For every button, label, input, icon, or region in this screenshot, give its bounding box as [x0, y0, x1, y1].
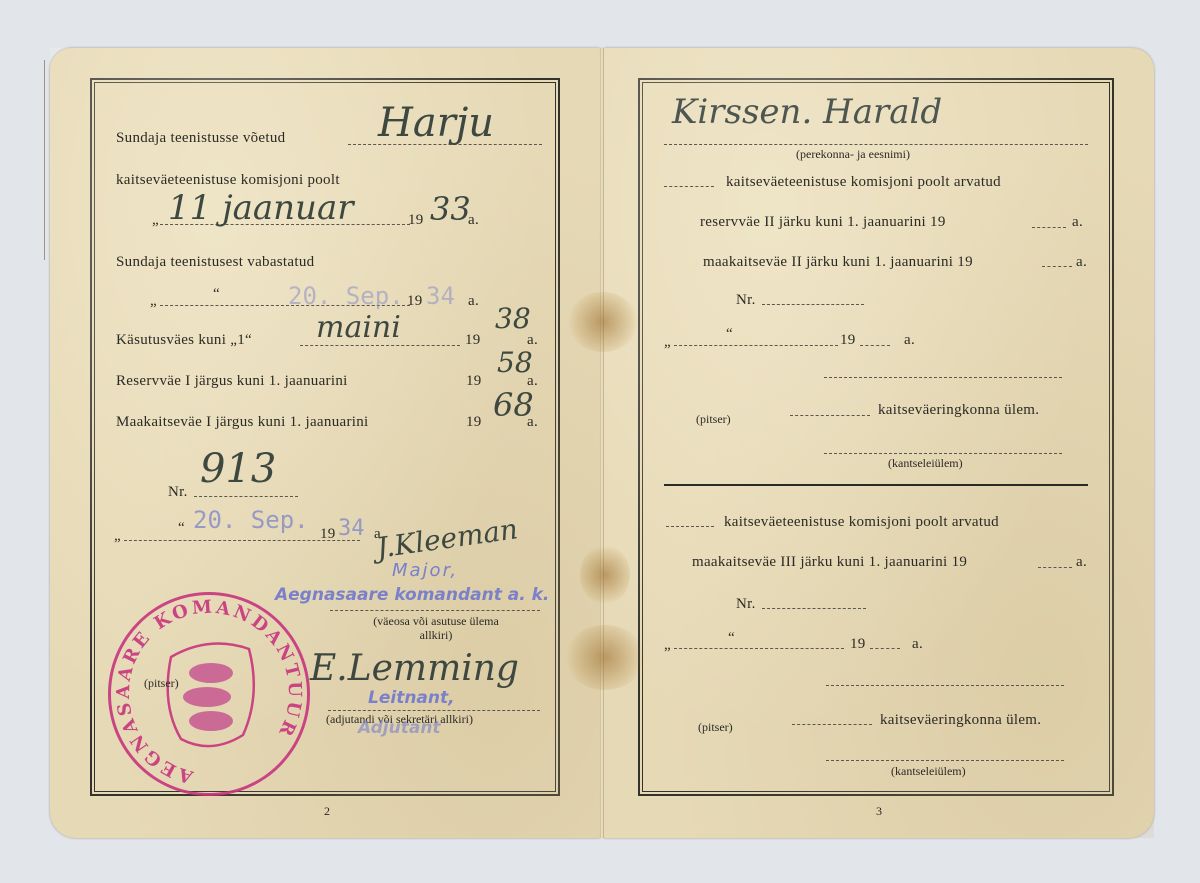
- nr-label: Nr.: [168, 484, 188, 501]
- open-quote: „: [152, 212, 159, 229]
- adjutant-signature-line: [328, 710, 540, 711]
- close-quote: “: [178, 520, 185, 537]
- s1-line1: kaitseväeteenistuse komisjoni poolt arva…: [726, 174, 1001, 191]
- s1-nr-field: [762, 304, 864, 305]
- year-prefix: 19: [466, 414, 482, 431]
- right-page: [602, 48, 1154, 838]
- year-prefix: 19: [465, 332, 481, 349]
- release-year-stamp: 34: [426, 282, 455, 310]
- s1-commander-label: kaitseväeringkonna ülem.: [878, 402, 1039, 419]
- year-prefix: 19: [407, 293, 423, 310]
- page-number-right: 3: [876, 804, 882, 819]
- open-quote: „: [664, 334, 671, 351]
- nr-handwritten: 913: [200, 446, 276, 492]
- s1-lead-dash: [664, 186, 714, 187]
- s1-office-line: [824, 453, 1062, 454]
- s2-signature-line: [826, 685, 1064, 686]
- s1-year2-field: [1042, 266, 1072, 267]
- s2-seal-caption: (pitser): [698, 720, 733, 735]
- issue-date-stamp: 20. Sep.: [193, 506, 309, 534]
- close-quote: “: [726, 326, 733, 343]
- territorial-1-label: Maakaitseväe I järgus kuni 1. jaanuarini: [116, 414, 368, 431]
- taken-into-service-label: Sundaja teenistusse võetud: [116, 130, 285, 147]
- s2-nr-field: [762, 608, 866, 609]
- staple-rust-stain: [580, 545, 630, 605]
- s2-nr-label: Nr.: [736, 596, 756, 613]
- staple-rust-stain: [565, 625, 645, 690]
- s1-year1-field: [1032, 227, 1066, 228]
- commander-rank-stamp: Major,: [392, 560, 458, 581]
- s2-commander-field: [792, 724, 872, 725]
- s1-date-year-field: [860, 345, 890, 346]
- commander-title-stamp: Aegnasaare komandant a. k.: [275, 585, 549, 605]
- s1-commander-field: [790, 415, 870, 416]
- release-date-stamp: 20. Sep.: [288, 282, 404, 310]
- s1-date-field: [674, 345, 838, 346]
- open-quote: „: [150, 293, 157, 310]
- released-label: Sundaja teenistusest vabastatud: [116, 254, 314, 271]
- year-prefix: 19: [840, 332, 856, 349]
- s2-office-caption: (kantseleiülem): [891, 764, 966, 779]
- adjutant-title-stamp: Adjutant: [358, 718, 441, 738]
- year-suffix: a.: [468, 293, 479, 310]
- year-suffix: a.: [1072, 214, 1083, 231]
- district-handwritten: Harju: [378, 100, 494, 146]
- seal-emblem-icon: AEGNASAARE KOMANDANTUUR: [111, 595, 307, 793]
- s1-signature-line: [824, 377, 1062, 378]
- spine-fold: [600, 48, 604, 838]
- s2-year-field: [1038, 567, 1072, 568]
- name-caption: (perekonna- ja eesnimi): [796, 147, 910, 162]
- commander-signature-line: [330, 610, 540, 611]
- issue-year-stamp: 34: [338, 516, 365, 541]
- commander-caption-line1: (väeosa või asutuse ülema: [346, 614, 526, 629]
- s1-line3: maakaitseväe II järku kuni 1. jaanuarini…: [703, 254, 973, 271]
- s1-seal-caption: (pitser): [696, 412, 731, 427]
- nr-field-line: [194, 496, 298, 497]
- s1-nr-label: Nr.: [736, 292, 756, 309]
- s2-office-line: [826, 760, 1064, 761]
- year-suffix: a.: [912, 636, 923, 653]
- reserve-1-label: Reservväe I järgus kuni 1. jaanuarini: [116, 373, 348, 390]
- year-prefix: 19: [320, 526, 336, 543]
- section-divider: [664, 484, 1088, 486]
- s1-line2: reservväe II järku kuni 1. jaanuarini 19: [700, 214, 946, 231]
- s2-date-year-field: [870, 648, 900, 649]
- name-handwritten: Kirssen. Harald: [672, 92, 942, 132]
- active-year-handwritten: 38: [495, 302, 531, 335]
- close-quote: “: [728, 630, 735, 647]
- active-month-handwritten: maini: [316, 310, 401, 345]
- year-suffix: a.: [1076, 554, 1087, 571]
- seal-caption: (pitser): [144, 676, 179, 691]
- year-prefix: 19: [466, 373, 482, 390]
- commission-date-handwritten: 11 jaanuar: [168, 188, 353, 228]
- year-suffix: a.: [527, 414, 538, 431]
- adjutant-signature: E.Lemming: [310, 648, 519, 689]
- active-month-field-line: [300, 345, 460, 346]
- by-commission-label: kaitseväeteenistuse komisjoni poolt: [116, 172, 340, 189]
- aegnasaare-komandantuur-seal: AEGNASAARE KOMANDANTUUR: [108, 592, 310, 796]
- year-suffix: a.: [1076, 254, 1087, 271]
- s2-line1: kaitseväeteenistuse komisjoni poolt arva…: [724, 514, 999, 531]
- s1-office-caption: (kantseleiülem): [888, 456, 963, 471]
- adjutant-rank-stamp: Leitnant,: [368, 688, 455, 708]
- year-suffix: a.: [904, 332, 915, 349]
- year-prefix: 19: [850, 636, 866, 653]
- close-quote: “: [213, 286, 220, 303]
- s2-line2: maakaitseväe III järku kuni 1. jaanuarin…: [692, 554, 967, 571]
- commission-year-handwritten: 33: [430, 190, 471, 228]
- page-number-left: 2: [324, 804, 330, 819]
- s2-commander-label: kaitseväeringkonna ülem.: [880, 712, 1041, 729]
- open-quote: „: [114, 528, 121, 545]
- commander-caption-line2: allkiri): [346, 628, 526, 643]
- year-prefix: 19: [408, 212, 424, 229]
- name-field-line: [664, 144, 1088, 145]
- binding-thread: [44, 60, 45, 260]
- year-suffix: a.: [468, 212, 479, 229]
- open-quote: „: [664, 637, 671, 654]
- s2-date-field: [674, 648, 844, 649]
- active-reserve-label: Käsutusväes kuni „1“: [116, 332, 252, 349]
- staple-rust-stain: [568, 292, 638, 352]
- s2-lead-dash: [666, 526, 714, 527]
